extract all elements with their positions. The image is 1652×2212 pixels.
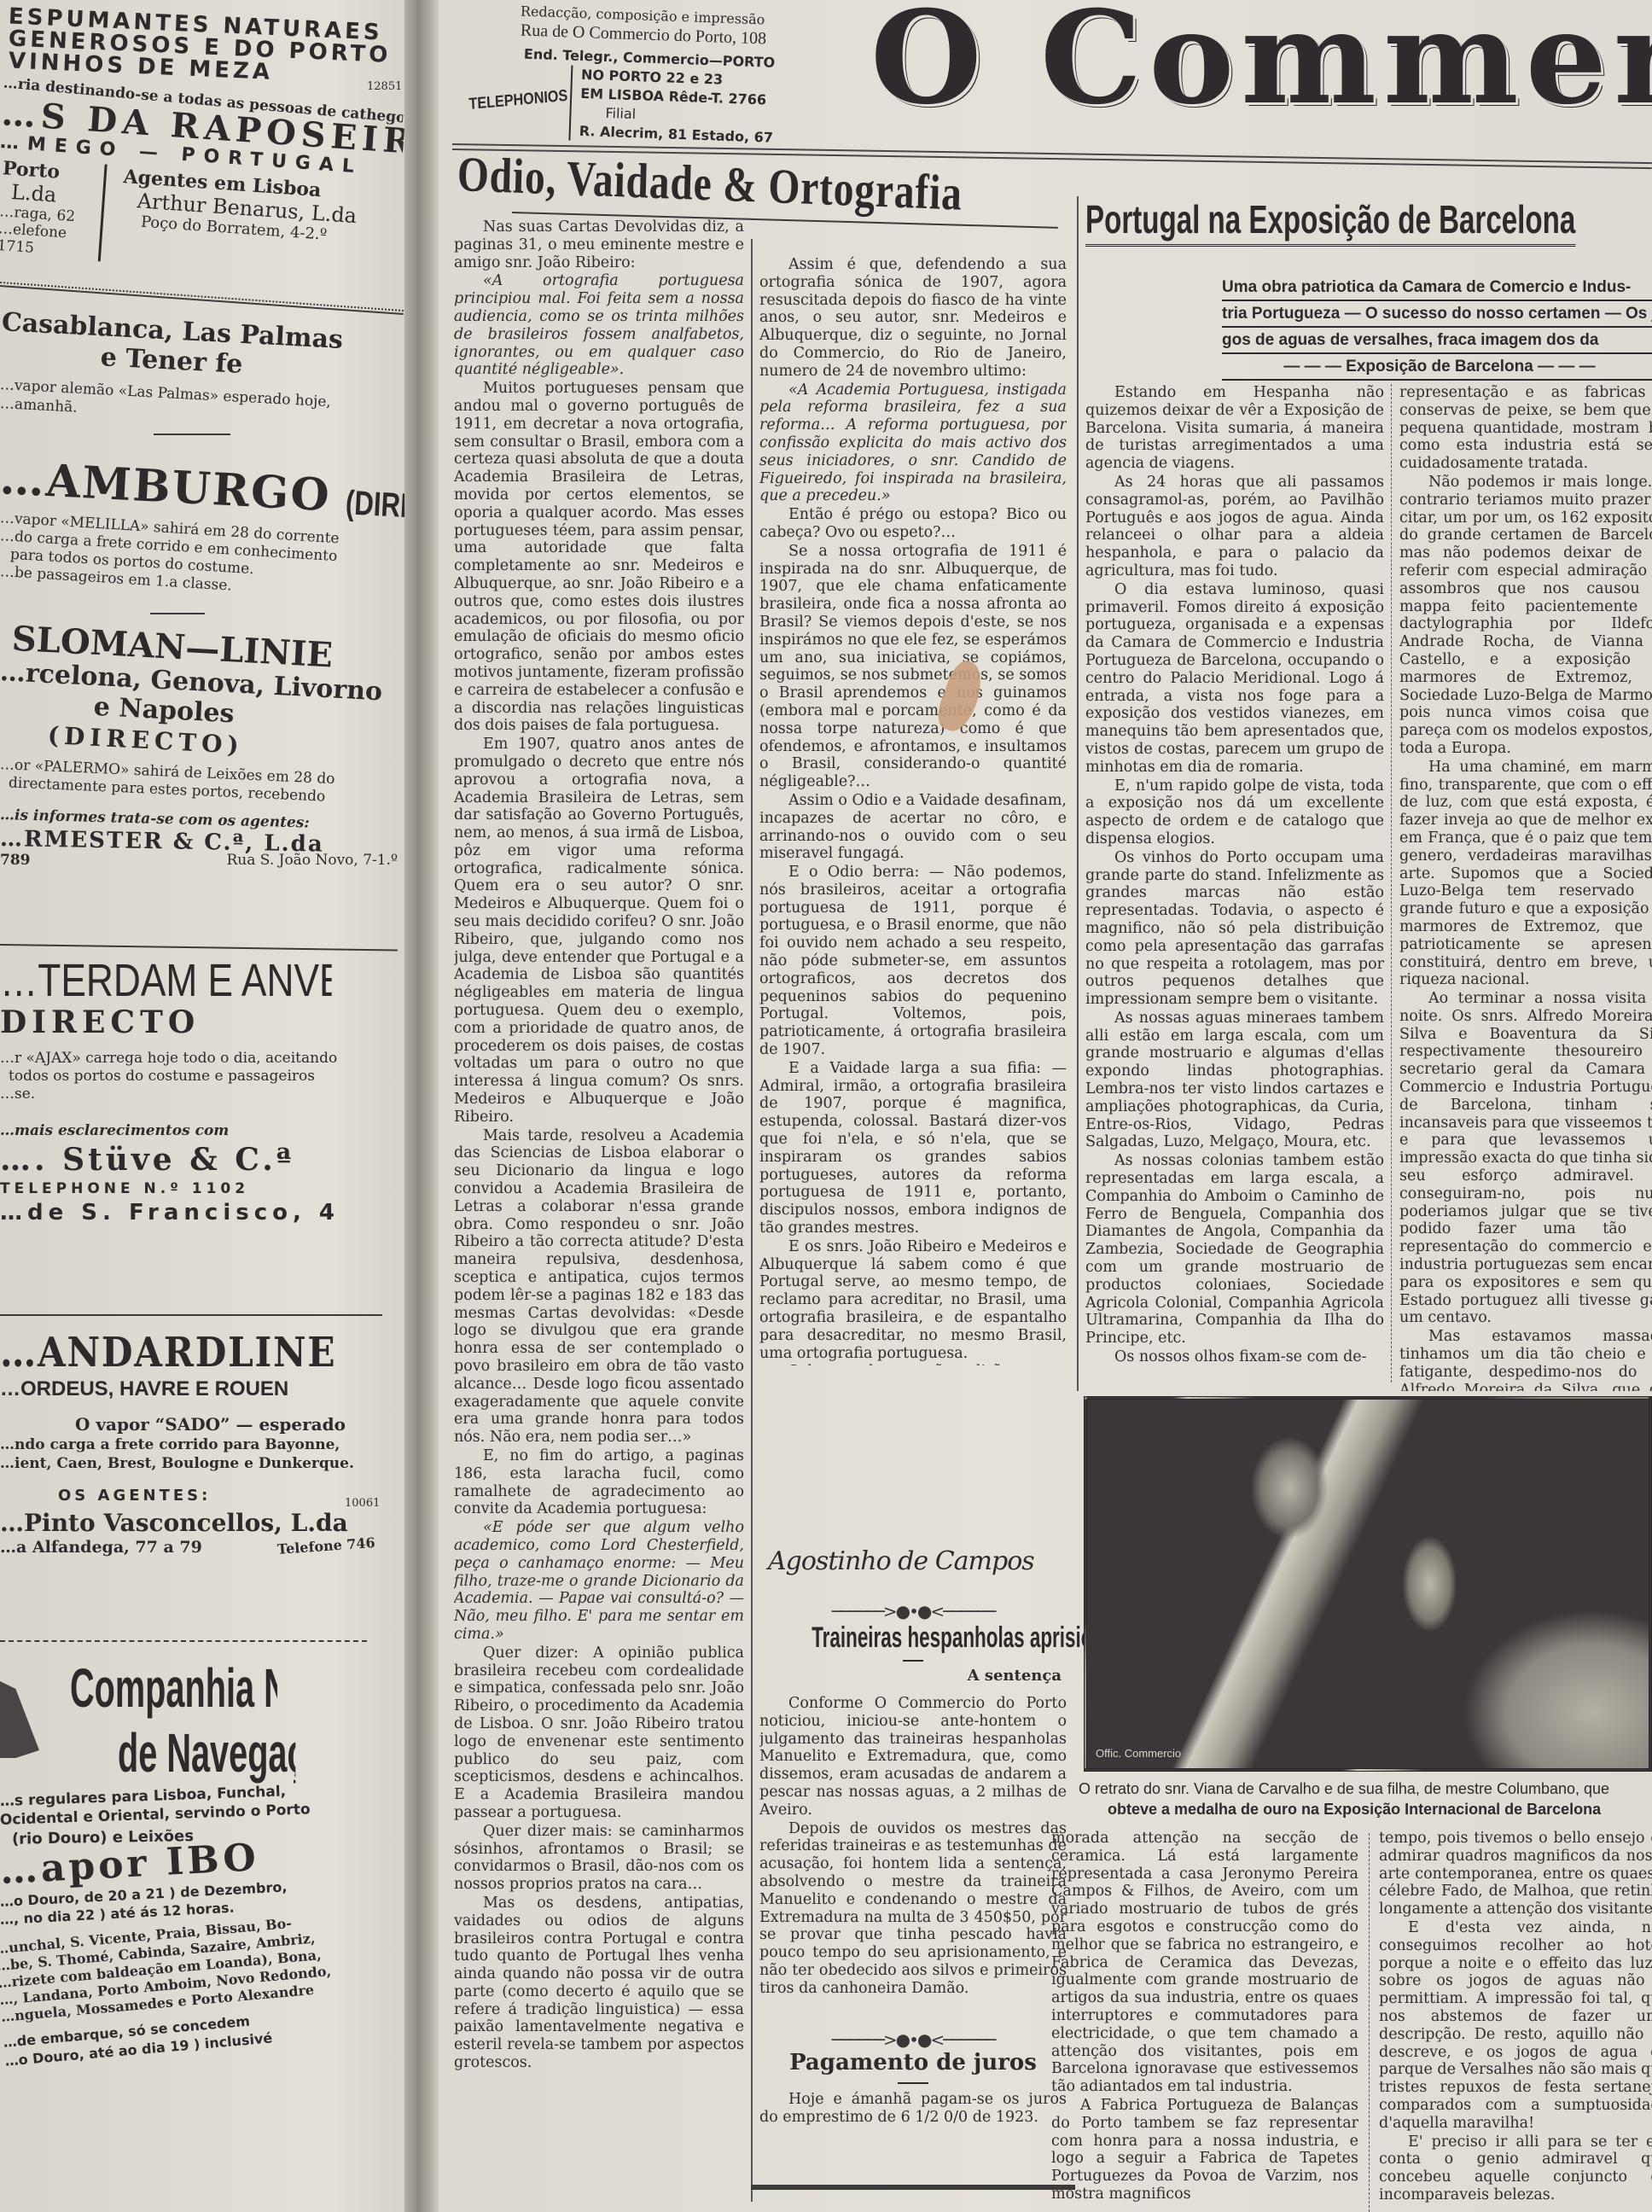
ad-amsterdam-text1: …r «AJAX» carrega hoje todo o dia, aceit…: [0, 1050, 404, 1068]
paragraph: E, n'um rapido golpe de vista, toda a ex…: [1085, 777, 1384, 848]
ad-hamburgo-tag: (DIRECTO): [345, 484, 404, 529]
ad-amsterdam-text2: todos os portos do costume e passageiros: [0, 1068, 404, 1086]
ad-raposeira: ESPUMANTES NATURAES GENEROSOS E DO PORTO…: [0, 5, 404, 254]
ad-hamburgo-title: …AMBURGO: [0, 452, 332, 521]
paragraph: Se a nossa ortografia de 1911 é inspirad…: [759, 543, 1067, 791]
paragraph: Em 1907, quatro anos antes de promulgado…: [454, 736, 744, 1126]
ad-sloman-phone: 789: [0, 852, 31, 869]
paragraph: A Fabrica Portugueza de Balanças do Port…: [1051, 2097, 1358, 2203]
article-traineiras-body: Conforme O Commercio do Porto noticiou, …: [759, 1695, 1067, 1999]
headline-juros: Pagamento de juros: [759, 2050, 1067, 2075]
paragraph: Estando em Hespanha não quizemos deixar …: [1085, 384, 1384, 473]
paragraph: Então é prégo ou estopa? Bico ou cabeça?…: [759, 506, 1067, 542]
ad-sloman: SLOMAN—LINIE …rcelona, Genova, Livorno e…: [0, 620, 404, 869]
paragraph: Não podemos ir mais longe. Do contrario …: [1399, 474, 1652, 758]
section-divider: [0, 944, 398, 952]
short-divider: [150, 613, 205, 614]
column-rule: [1077, 196, 1079, 1391]
paragraph: E, no fim do artigo, a paginas 186, esta…: [454, 1447, 744, 1518]
article-barcelona-column-3: morada attenção na secção de ceramica. L…: [1051, 1830, 1358, 2212]
paragraph: Mas os desdens, antipatias, vaidades ou …: [454, 1895, 744, 2072]
paragraph: Quer dizer: A opinião publica brasileira…: [454, 1644, 744, 1822]
paragraph-quote: «A Academia Portuguesa, instigada pela r…: [759, 381, 1067, 506]
paragraph: E o Odio berra: — Não podemos, nós brasi…: [759, 864, 1067, 1059]
caption-line-2: obteve a medalha de ouro na Exposição In…: [1079, 1799, 1652, 1819]
ad-standardline-phone: Telefone 746: [277, 1534, 376, 1560]
barcelona-subhead: Uma obra patriotica da Camara de Comerci…: [1222, 275, 1652, 381]
paragraph: Mais tarde, resolveu a Academia das Scie…: [454, 1127, 744, 1447]
paragraph-quote: «A ortografia portuguesa principiou mal.…: [454, 272, 744, 379]
newspaper-title: O Commercio: [870, 0, 1652, 133]
ad-standardline-text2: …ndo carga a frete corrido para Bayonne,: [0, 1435, 404, 1454]
author-signature: Agostinho de Campos: [759, 1546, 1067, 1576]
article-barcelona-column-2: representação e as fabricas de conservas…: [1399, 384, 1652, 1391]
ad-standardline-agent: …Pinto Vasconcellos, L.da: [0, 1509, 404, 1538]
short-divider: [898, 2082, 928, 2084]
headline-traineiras: Traineiras hespanholas aprisionadas: [811, 1621, 1015, 1655]
subhead-line: Uma obra patriotica da Camara de Comerci…: [1222, 275, 1652, 301]
masthead-phones-label: TELEPHONIOS: [468, 87, 562, 114]
masthead-info: Redacção, composição e impressão Rua de …: [461, 0, 828, 137]
ad-standardline-addr: …a Alfandega, 77 a 79: [0, 1538, 202, 1557]
ad-amsterdam-addr: …de S. Francisco, 4: [0, 1199, 404, 1226]
paragraph: As nossas aguas mineraes tambem alli est…: [1085, 1010, 1384, 1151]
article-juros-body: Hoje e ámanhã pagam-se os juros do empre…: [759, 2091, 1067, 2128]
paragraph: Ha uma chaminé, em marmore fino, transpa…: [1399, 759, 1652, 989]
ad-standardline-text1: O vapor “SADO” — esperado: [0, 1413, 404, 1435]
paragraph: As nossas colonias tambem estão represen…: [1085, 1152, 1384, 1348]
paragraph-quote: «E póde ser que algum velho academico, c…: [454, 1519, 744, 1644]
ad-standardline-agents-label: OS AGENTES:: [0, 1483, 404, 1509]
ad-amsterdam-tag: DIRECTO: [0, 1005, 404, 1039]
column-rule: [751, 239, 753, 2202]
ad-casablanca: Casablanca, Las Palmas e Tener fe …vapor…: [0, 307, 404, 413]
article-traineiras: ──────>●•●<────── Traineiras hespanholas…: [759, 1601, 1067, 1999]
article-signature: Agostinho de Campos: [759, 1546, 1067, 1576]
article-odio-column-1: Nas suas Cartas Devolvidas diz, a pagina…: [454, 218, 744, 2212]
ad-standardline: …ANDARDLINE …ORDEUS, HAVRE E ROUEN O vap…: [0, 1330, 404, 1557]
paragraph: Quer dizer mais: se caminharmos sósinhos…: [454, 1823, 744, 1894]
paragraph: Assim é que, defendendo a sua ortografia…: [759, 256, 1067, 381]
article-odio-column-2: Assim é que, defendendo a sua ortografia…: [759, 256, 1067, 1365]
paragraph: O dia estava luminoso, quasi primaveril.…: [1085, 581, 1384, 777]
ad-standardline-text3: …ient, Caen, Brest, Boulogne e Dunkerque…: [0, 1454, 404, 1473]
advertisements-column: ESPUMANTES NATURAES GENEROSOS E DO PORTO…: [0, 0, 404, 2212]
photo-credit: Offic. Commercio: [1096, 1747, 1181, 1760]
subhead-line: gos de aguas de versalhes, fraca imagem …: [1222, 328, 1652, 354]
paragraph: Depois de ouvidos os mestres das referid…: [759, 1820, 1067, 1998]
paragraph: E d'esta vez ainda, não conseguimos reco…: [1379, 1919, 1652, 2133]
subhead-sentenca: A sentença: [759, 1667, 1067, 1685]
caption-line-1: O retrato do snr. Viana de Carvalho e de…: [1079, 1778, 1652, 1799]
paragraph: Conforme O Commercio do Porto noticiou, …: [759, 1695, 1067, 1819]
ad-amsterdam-phone: TELEPHONE N.º 1102: [0, 1179, 404, 1199]
bottom-rule: [751, 2185, 1075, 2190]
paragraph: As 24 horas que ali passamos consagramol…: [1085, 474, 1384, 580]
ad-standardline-title: …ANDARDLINE: [0, 1330, 356, 1376]
ad-amsterdam: …TERDAM E ANVERS DIRECTO …r «AJAX» carre…: [0, 956, 404, 1226]
ornamental-divider: ──────>●•●<──────: [759, 2029, 1067, 2050]
article-barcelona-column-1: Estando em Hespanha não quizemos deixar …: [1085, 384, 1384, 1391]
ad-amsterdam-agent: …. Stüve & C.ª: [0, 1141, 404, 1179]
article-barcelona-column-4: tempo, pois tivemos o bello ensejo de ad…: [1379, 1830, 1652, 2212]
ad-hamburgo: …AMBURGO (DIRECTO) …vapor «MELILLA» sahi…: [0, 452, 404, 581]
ad-standardline-route: …ORDEUS, HAVRE E ROUEN: [0, 1376, 404, 1403]
ad-amsterdam-text3: …se.: [0, 1086, 404, 1103]
paragraph: E os snrs. João Ribeiro e Medeiros e Alb…: [759, 1238, 1067, 1363]
article-juros: ──────>●•●<────── Pagamento de juros Hoj…: [759, 2029, 1067, 2128]
ad-companhia-nacional: Companhia Nacional de Navegação …s regul…: [0, 1656, 404, 2070]
subhead-line: — — — Exposição de Barcelona — — —: [1222, 354, 1652, 381]
paragraph: E a Vaidade larga a sua fifia: — Admiral…: [759, 1060, 1067, 1237]
paragraph: tempo, pois tivemos o bello ensejo de ad…: [1379, 1830, 1652, 1918]
paragraph: Os vinhos do Porto occupam uma grande pa…: [1085, 849, 1384, 1009]
section-divider: [0, 1640, 367, 1642]
column-rule: [1369, 1833, 1370, 2212]
ad-raposeira-ref: 12851: [367, 80, 402, 93]
paragraph: Muitos portugueses pensam que andou mal …: [454, 380, 744, 735]
short-divider: [903, 1660, 923, 1662]
ad-amsterdam-title: …TERDAM E ANVERS: [0, 956, 332, 1005]
subhead-line: tria Portugueza — O sucesso do nosso cer…: [1222, 301, 1652, 328]
ad-amsterdam-info: …mais esclarecimentos com: [0, 1121, 404, 1141]
paragraph: Os nossos olhos fixam-se com de-: [1085, 1348, 1384, 1366]
section-divider: [0, 1314, 382, 1316]
paragraph: Sabem-no bem, e não o dirão nunca, pois …: [759, 1363, 1067, 1365]
photo-caption: O retrato do snr. Viana de Carvalho e de…: [1079, 1778, 1652, 1819]
paragraph: Assim o Odio e a Vaidade desafinam, inca…: [759, 792, 1067, 863]
paragraph: E' preciso ir alli para se ter em conta …: [1379, 2133, 1652, 2204]
ad-cnn-title1: Companhia Nacional: [26, 1656, 277, 1720]
page-fold: [404, 0, 439, 2212]
short-divider: [154, 434, 230, 435]
paragraph: morada attenção na secção de ceramica. L…: [1051, 1830, 1358, 2096]
ornamental-divider: ──────>●•●<──────: [759, 1601, 1067, 1621]
paragraph: representação e as fabricas de conservas…: [1399, 384, 1652, 473]
headline-barcelona: Portugal na Exposição de Barcelona: [1085, 196, 1575, 247]
ad-cnn-title2: de Navegação: [44, 1720, 295, 1785]
paragraph: Ao terminar a nossa visita era noite. Os…: [1399, 990, 1652, 1327]
ad-raposeira-porto-phone: …elefone 1715: [0, 220, 97, 261]
paragraph: Hoje e ámanhã pagam-se os juros do empre…: [759, 2091, 1067, 2127]
paragraph: Nas suas Cartas Devolvidas diz, a pagina…: [454, 218, 744, 271]
portrait-photo: Offic. Commercio: [1084, 1396, 1652, 1772]
paragraph: Mas estavamos massados, tinhamos um dia …: [1399, 1328, 1652, 1391]
ad-standardline-ref: 10061: [345, 1497, 380, 1510]
column-rule: [1391, 384, 1392, 1382]
